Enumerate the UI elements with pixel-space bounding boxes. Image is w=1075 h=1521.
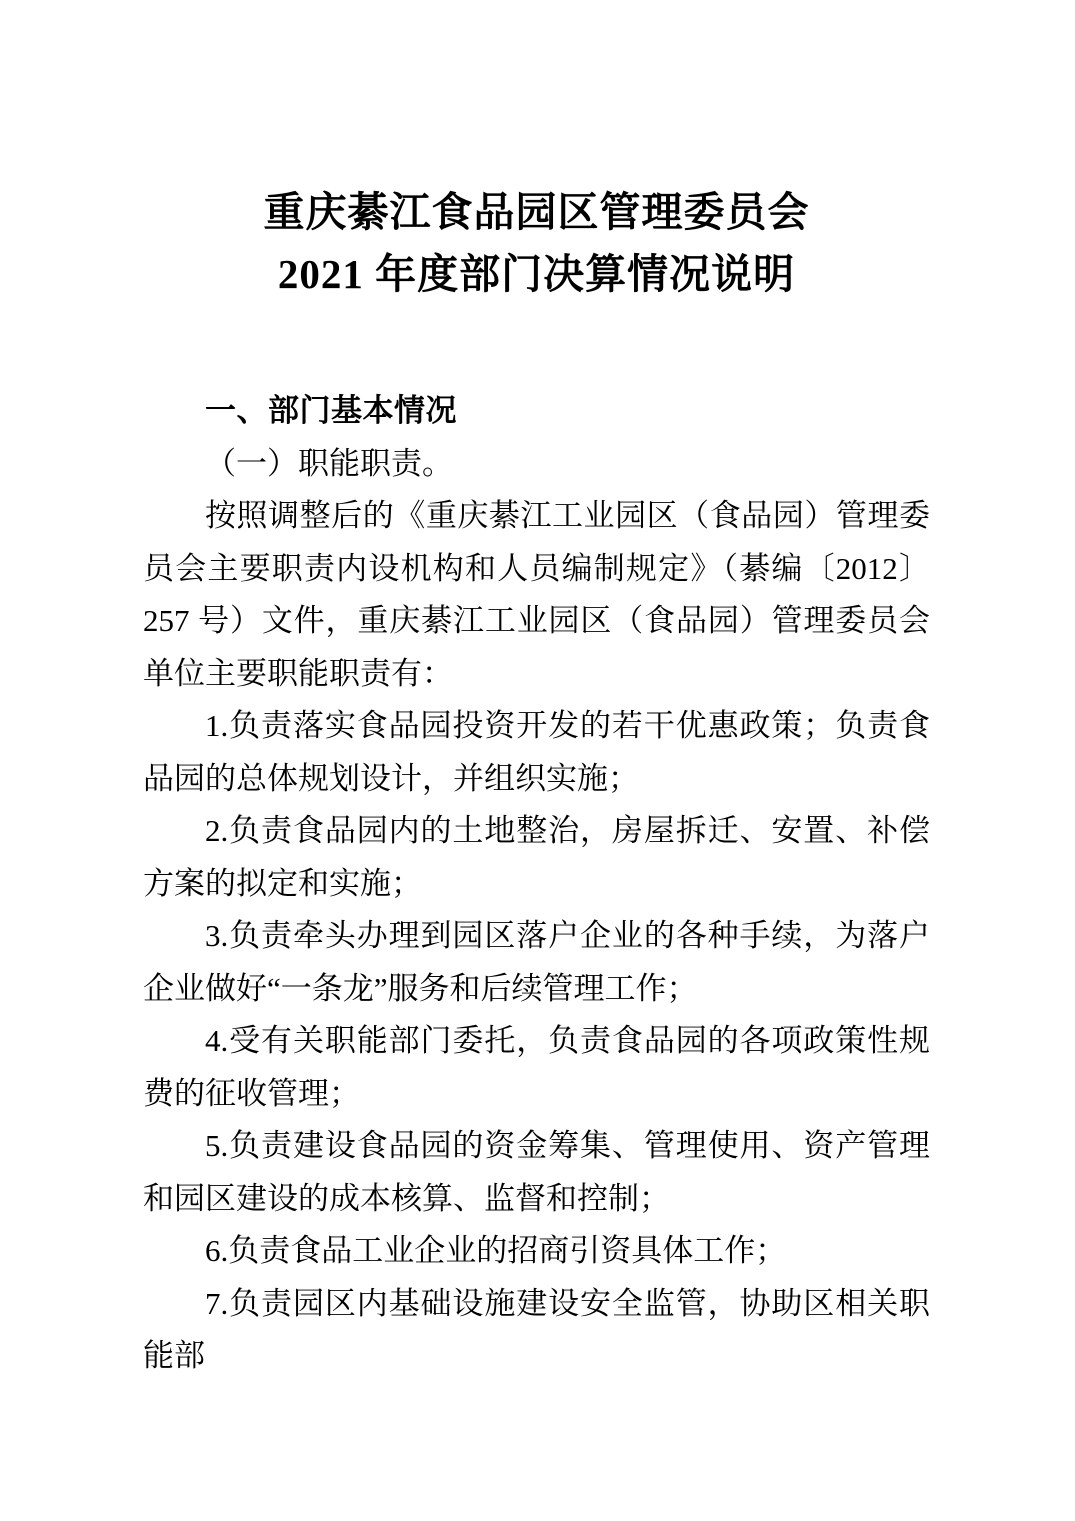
duty-item-2: 2.负责食品园内的土地整治，房屋拆迁、安置、补偿方案的拟定和实施； xyxy=(143,805,930,910)
document-body: 一、部门基本情况 （一）职能职责。 按照调整后的《重庆綦江工业园区（食品园）管理… xyxy=(143,385,930,1383)
duty-item-5: 5.负责建设食品园的资金筹集、管理使用、资产管理和园区建设的成本核算、监督和控制… xyxy=(143,1120,930,1225)
section-heading-basic-info: 一、部门基本情况 xyxy=(143,385,930,438)
subsection-heading-duties: （一）职能职责。 xyxy=(143,438,930,491)
duty-item-3: 3.负责牵头办理到园区落户企业的各种手续，为落户企业做好“一条龙”服务和后续管理… xyxy=(143,910,930,1015)
duty-item-6: 6.负责食品工业企业的招商引资具体工作； xyxy=(143,1225,930,1278)
document-title: 重庆綦江食品园区管理委员会 2021 年度部门决算情况说明 xyxy=(143,181,930,305)
document-title-line2: 2021 年度部门决算情况说明 xyxy=(143,243,930,305)
intro-paragraph: 按照调整后的《重庆綦江工业园区（食品园）管理委员会主要职责内设机构和人员编制规定… xyxy=(143,490,930,700)
duty-item-1: 1.负责落实食品园投资开发的若干优惠政策；负责食品园的总体规划设计，并组织实施； xyxy=(143,700,930,805)
duty-item-4: 4.受有关职能部门委托，负责食品园的各项政策性规费的征收管理； xyxy=(143,1015,930,1120)
duty-item-7: 7.负责园区内基础设施建设安全监管，协助区相关职能部 xyxy=(143,1278,930,1383)
document-title-line1: 重庆綦江食品园区管理委员会 xyxy=(143,181,930,243)
document-page: 重庆綦江食品园区管理委员会 2021 年度部门决算情况说明 一、部门基本情况 （… xyxy=(0,0,1075,1521)
